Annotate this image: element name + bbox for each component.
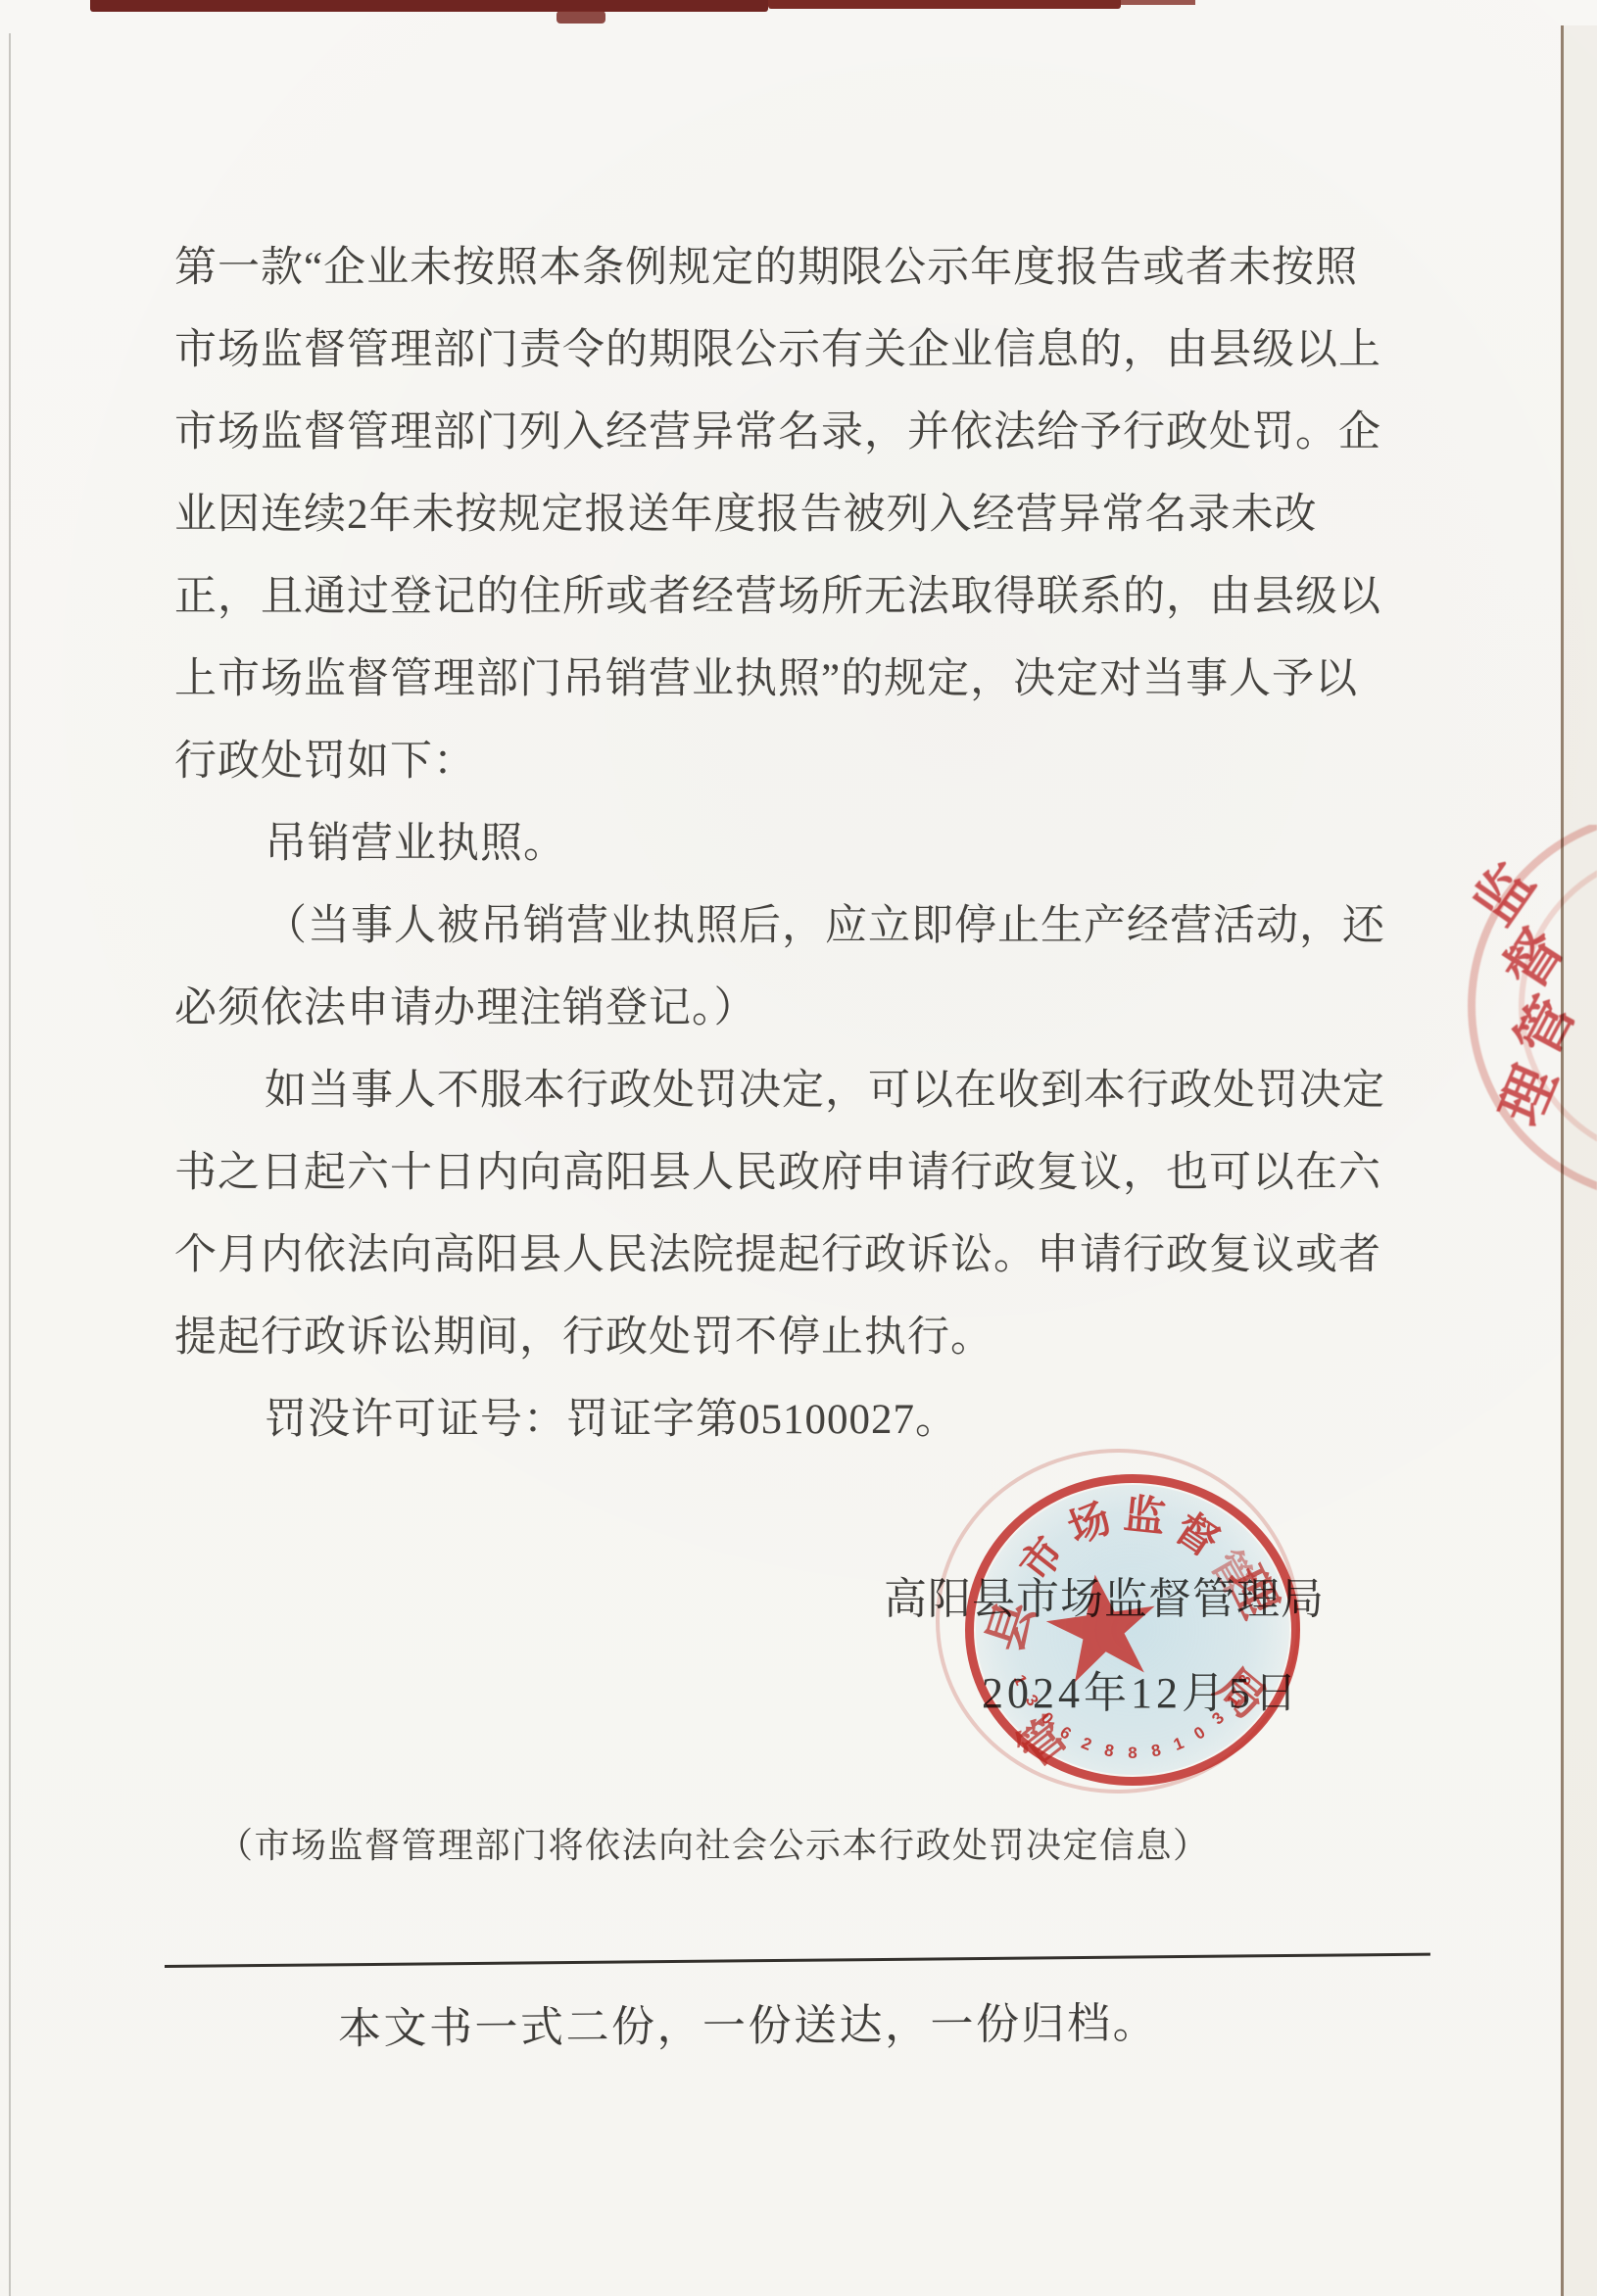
body-line: 必须依法申请办理注销登记。）	[174, 968, 1448, 1050]
publicity-note: （市场监督管理部门将依法向社会公示本行政处罚决定信息）	[218, 1818, 1210, 1868]
left-page-edge-line	[9, 33, 11, 2296]
scanned-document-page: 第一款“企业未按照本条例规定的期限公示年度报告或者未按照 市场监督管理部门责令的…	[0, 0, 1597, 2296]
footer-note: 本文书一式二份，一份送达，一份归档。	[338, 1987, 1158, 2056]
divider-line	[165, 1953, 1430, 1968]
stamp-serial-digit: 8	[1128, 1744, 1137, 1763]
body-line: 市场监督管理部门责令的期限公示有关企业信息的，由县级以上	[174, 310, 1448, 392]
body-line: 行政处罚如下：	[174, 721, 1448, 803]
body-line: 提起行政诉讼期间，行政处罚不停止执行。	[174, 1297, 1448, 1379]
body-line: 如当事人不服本行政处罚决定，可以在收到本行政处罚决定	[265, 1050, 1448, 1132]
top-edge-bar-right	[1121, 0, 1195, 5]
top-edge-bar-middle	[768, 0, 1121, 9]
official-round-stamp: 市 场 监 督 管 县 管 理 局 1 3 0 6 2 8 8 8 1 0 3 …	[965, 1474, 1300, 1786]
body-line: 个月内依法向高阳县人民法院提起行政诉讼。申请行政复议或者	[174, 1215, 1448, 1297]
penalty-line: 吊销营业执照。	[265, 803, 1448, 885]
body-line: 正，且通过登记的住所或者经营场所无法取得联系的，由县级以	[174, 556, 1448, 639]
stamp-arc-char: 监	[1122, 1482, 1169, 1545]
top-edge-tick	[557, 11, 605, 24]
body-line: （当事人被吊销营业执照后，应立即停止生产经营活动，还	[265, 885, 1448, 968]
body-line: 市场监督管理部门列入经营异常名录，并依法给予行政处罚。企	[174, 392, 1448, 474]
body-line: 书之日起六十日内向高阳县人民政府申请行政复议，也可以在六	[174, 1132, 1448, 1215]
top-edge-bar-left	[90, 0, 768, 12]
penalty-certificate-number-line: 罚没许可证号：罚证字第05100027。	[265, 1379, 1448, 1461]
body-line: 第一款“企业未按照本条例规定的期限公示年度报告或者未按照	[174, 227, 1448, 310]
body-line: 上市场监督管理部门吊销营业执照”的规定，决定对当事人予以	[174, 639, 1448, 721]
document-body: 第一款“企业未按照本条例规定的期限公示年度报告或者未按照 市场监督管理部门责令的…	[174, 227, 1448, 1461]
body-line: 业因连续2年未按规定报送年度报告被列入经营异常名录未改	[174, 474, 1448, 556]
partial-stamp-right-edge: 监 督 管 理	[1450, 825, 1597, 1221]
